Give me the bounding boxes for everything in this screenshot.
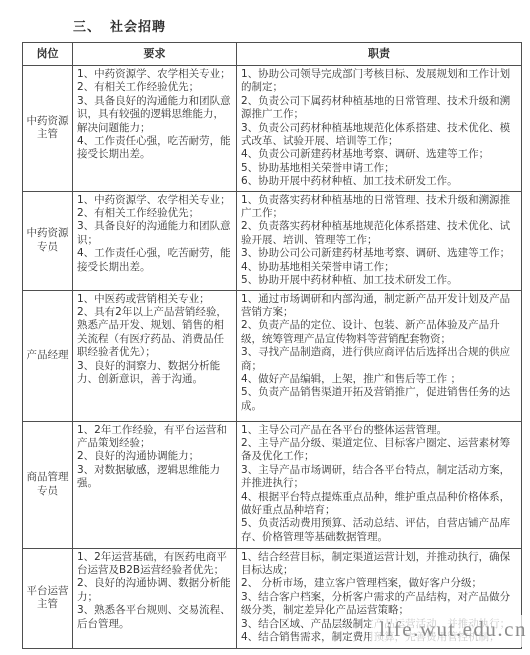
requirements-item: 1、2年运营基础，有医药电商平台运营及B2B运营经验者优先； xyxy=(77,551,232,578)
header-position: 岗位 xyxy=(23,43,73,66)
duties-cell: 1、主导公司产品在各平台的整体运营管理。2、主导产品分级、渠道定位、目标客户圈定… xyxy=(237,421,522,548)
recruitment-table: 岗位 要求 职责 中药资源主管1、中药资源学、农学相关专业；2、有相关工作经验优… xyxy=(22,42,522,649)
position-cell: 平台运营主管 xyxy=(23,548,73,648)
requirements-cell: 1、中药资源学、农学相关专业；2、有相关工作经验优先；3、具备良好的沟通能力和团… xyxy=(73,66,237,192)
requirements-item: 3、具备良好的沟通能力和团队意识； xyxy=(77,220,232,247)
watermark: life.wut.edu.cn xyxy=(371,615,529,647)
requirements-item: 1、中医药或营销相关专业； xyxy=(77,293,232,306)
position-cell: 中药资源专员 xyxy=(23,191,73,290)
section-title: 社会招聘 xyxy=(110,20,166,35)
duties-cell: 1、负责落实药材种植基地的日常管理、技术升级和溯源推广工作；2、负责落实药材种植… xyxy=(237,191,522,290)
position-cell: 产品经理 xyxy=(23,290,73,421)
duties-item: 1、负责落实药材种植基地的日常管理、技术升级和溯源推广工作； xyxy=(241,194,517,221)
duties-item: 4、做好产品编辑，上架，推广和售后等工作 ； xyxy=(241,373,517,386)
header-duties: 职责 xyxy=(237,43,522,66)
duties-cell: 1、协助公司领导完成部门考核目标、发展规划和工作计划的制定；2、负责公司下属药材… xyxy=(237,66,522,192)
header-requirements: 要求 xyxy=(73,43,237,66)
table-row: 中药资源主管1、中药资源学、农学相关专业；2、有相关工作经验优先；3、具备良好的… xyxy=(23,66,522,192)
duties-item: 5、负责产品销售渠道开拓及营销推广，促进销售任务的达成。 xyxy=(241,386,517,413)
duties-item: 3、协助公司公司新建药材基地考察、调研、选建等工作； xyxy=(241,247,517,260)
requirements-cell: 1、中药资源学、农学相关专业；2、有相关工作经验优先；3、具备良好的沟通能力和团… xyxy=(73,191,237,290)
duties-item: 3、主导产品市场调研，结合各平台特点，制定活动方案，并推进执行； xyxy=(241,464,517,491)
requirements-item: 3、熟悉各平台规则、交易流程、后台管理。 xyxy=(77,604,232,631)
requirements-item: 3、对数据敏感，逻辑思维能力强。 xyxy=(77,464,232,491)
requirements-item: 4、工作责任心强，吃苦耐劳，能接受长期出差。 xyxy=(77,135,232,162)
position-cell: 商品管理专员 xyxy=(23,421,73,548)
requirements-item: 2、良好的沟通协调能力； xyxy=(77,450,232,463)
requirements-item: 2、有相关工作经验优先； xyxy=(77,81,232,94)
table-row: 产品经理1、中医药或营销相关专业；2、具有2年以上产品营销经验，熟悉产品开发、规… xyxy=(23,290,522,421)
duties-item: 2、 分析市场，建立客户管理档案，做好客户分级； xyxy=(241,577,517,590)
duties-cell: 1、通过市场调研和内部沟通，制定新产品开发计划及产品营销方案；2、负责产品的定位… xyxy=(237,290,522,421)
duties-item: 2、负责公司下属药材种植基地的日常管理、技术升级和溯源推广工作； xyxy=(241,95,517,122)
requirements-item: 2、良好的沟通协调、数据分析能力； xyxy=(77,577,232,604)
duties-item: 1、通过市场调研和内部沟通，制定新产品开发计划及产品营销方案； xyxy=(241,293,517,320)
requirements-item: 1、2年工作经验，有平台运营和产品策划经验； xyxy=(77,424,232,451)
page-title: 三、社会招聘 xyxy=(73,16,166,35)
duties-item: 1、结合经营目标，制定渠道运营计划，并推动执行，确保目标达成； xyxy=(241,551,517,578)
section-number: 三、 xyxy=(73,20,101,35)
requirements-item: 1、中药资源学、农学相关专业； xyxy=(77,194,232,207)
requirements-item: 1、中药资源学、农学相关专业； xyxy=(77,68,232,81)
requirements-item: 3、良好的洞察力、数据分析能力、创新意识，善于沟通。 xyxy=(77,360,232,387)
requirements-cell: 1、2年工作经验，有平台运营和产品策划经验；2、良好的沟通协调能力；3、对数据敏… xyxy=(73,421,237,548)
duties-item: 4、根据平台特点提炼重点品种，维护重点品种价格体系，做好重点品种培育； xyxy=(241,491,517,518)
duties-item: 2、负责落实药材种植基地规范化体系搭建、技术优化、试验开展、培训、管理等工作； xyxy=(241,220,517,247)
table-row: 中药资源专员1、中药资源学、农学相关专业；2、有相关工作经验优先；3、具备良好的… xyxy=(23,191,522,290)
duties-item: 1、主导公司产品在各平台的整体运营管理。 xyxy=(241,424,517,437)
duties-item: 2、负责产品的定位、设计、包装、新产品体验及产品升级，统筹管理产品宣传物料等营销… xyxy=(241,319,517,346)
duties-item: 5、负责活动费用预算、活动总结、评估，自营店铺产品库存、价格管理等基础数据管理。 xyxy=(241,517,517,544)
requirements-cell: 1、中医药或营销相关专业；2、具有2年以上产品营销经验，熟悉产品开发、规划、销售… xyxy=(73,290,237,421)
requirements-item: 2、有相关工作经验优先； xyxy=(77,207,232,220)
requirements-cell: 1、2年运营基础，有医药电商平台运营及B2B运营经验者优先；2、良好的沟通协调、… xyxy=(73,548,237,648)
duties-item: 3、结合客户档案，分析客户需求的产品结构，对产品做分级分类，制定差异化产品运营策… xyxy=(241,591,517,618)
duties-item: 6、协助开展中药材种植、加工技术研发工作。 xyxy=(241,175,517,188)
table-header-row: 岗位 要求 职责 xyxy=(23,43,522,66)
duties-item: 3、寻找产品制造商，进行供应商评估后选择出合规的供应商； xyxy=(241,346,517,373)
requirements-item: 4、工作责任心强，吃苦耐劳，能接受长期出差。 xyxy=(77,247,232,274)
duties-item: 1、协助公司领导完成部门考核目标、发展规划和工作计划的制定； xyxy=(241,68,517,95)
table-row: 商品管理专员1、2年工作经验，有平台运营和产品策划经验；2、良好的沟通协调能力；… xyxy=(23,421,522,548)
document-page: 三、社会招聘 岗位 要求 职责 中药资源主管1、中药资源学、农学相关专业；2、有… xyxy=(0,0,530,655)
duties-item: 4、协助基地相关荣誉申请工作； xyxy=(241,261,517,274)
duties-item: 4、负责公司新建药材基地考察、调研、选建等工作； xyxy=(241,148,517,161)
duties-item: 5、协助基地相关荣誉申请工作； xyxy=(241,162,517,175)
duties-item: 3、负责公司药材种植基地规范化体系搭建、技术优化、模式改革、试验开展、培训等工作… xyxy=(241,122,517,149)
requirements-item: 2、具有2年以上产品营销经验，熟悉产品开发、规划、销售的相关流程（有医疗药品、消… xyxy=(77,306,232,360)
duties-item: 5、协助开展中药材种植、加工技术研发工作。 xyxy=(241,274,517,287)
position-cell: 中药资源主管 xyxy=(23,66,73,192)
recruitment-table-body: 中药资源主管1、中药资源学、农学相关专业；2、有相关工作经验优先；3、具备良好的… xyxy=(23,66,522,649)
duties-item: 2、主导产品分级、渠道定位、目标客户圈定、运营素材筹备及优化工作； xyxy=(241,437,517,464)
requirements-item: 3、具备良好的沟通能力和团队意识，具有较强的逻辑思维能力，解决问题能力； xyxy=(77,95,232,135)
